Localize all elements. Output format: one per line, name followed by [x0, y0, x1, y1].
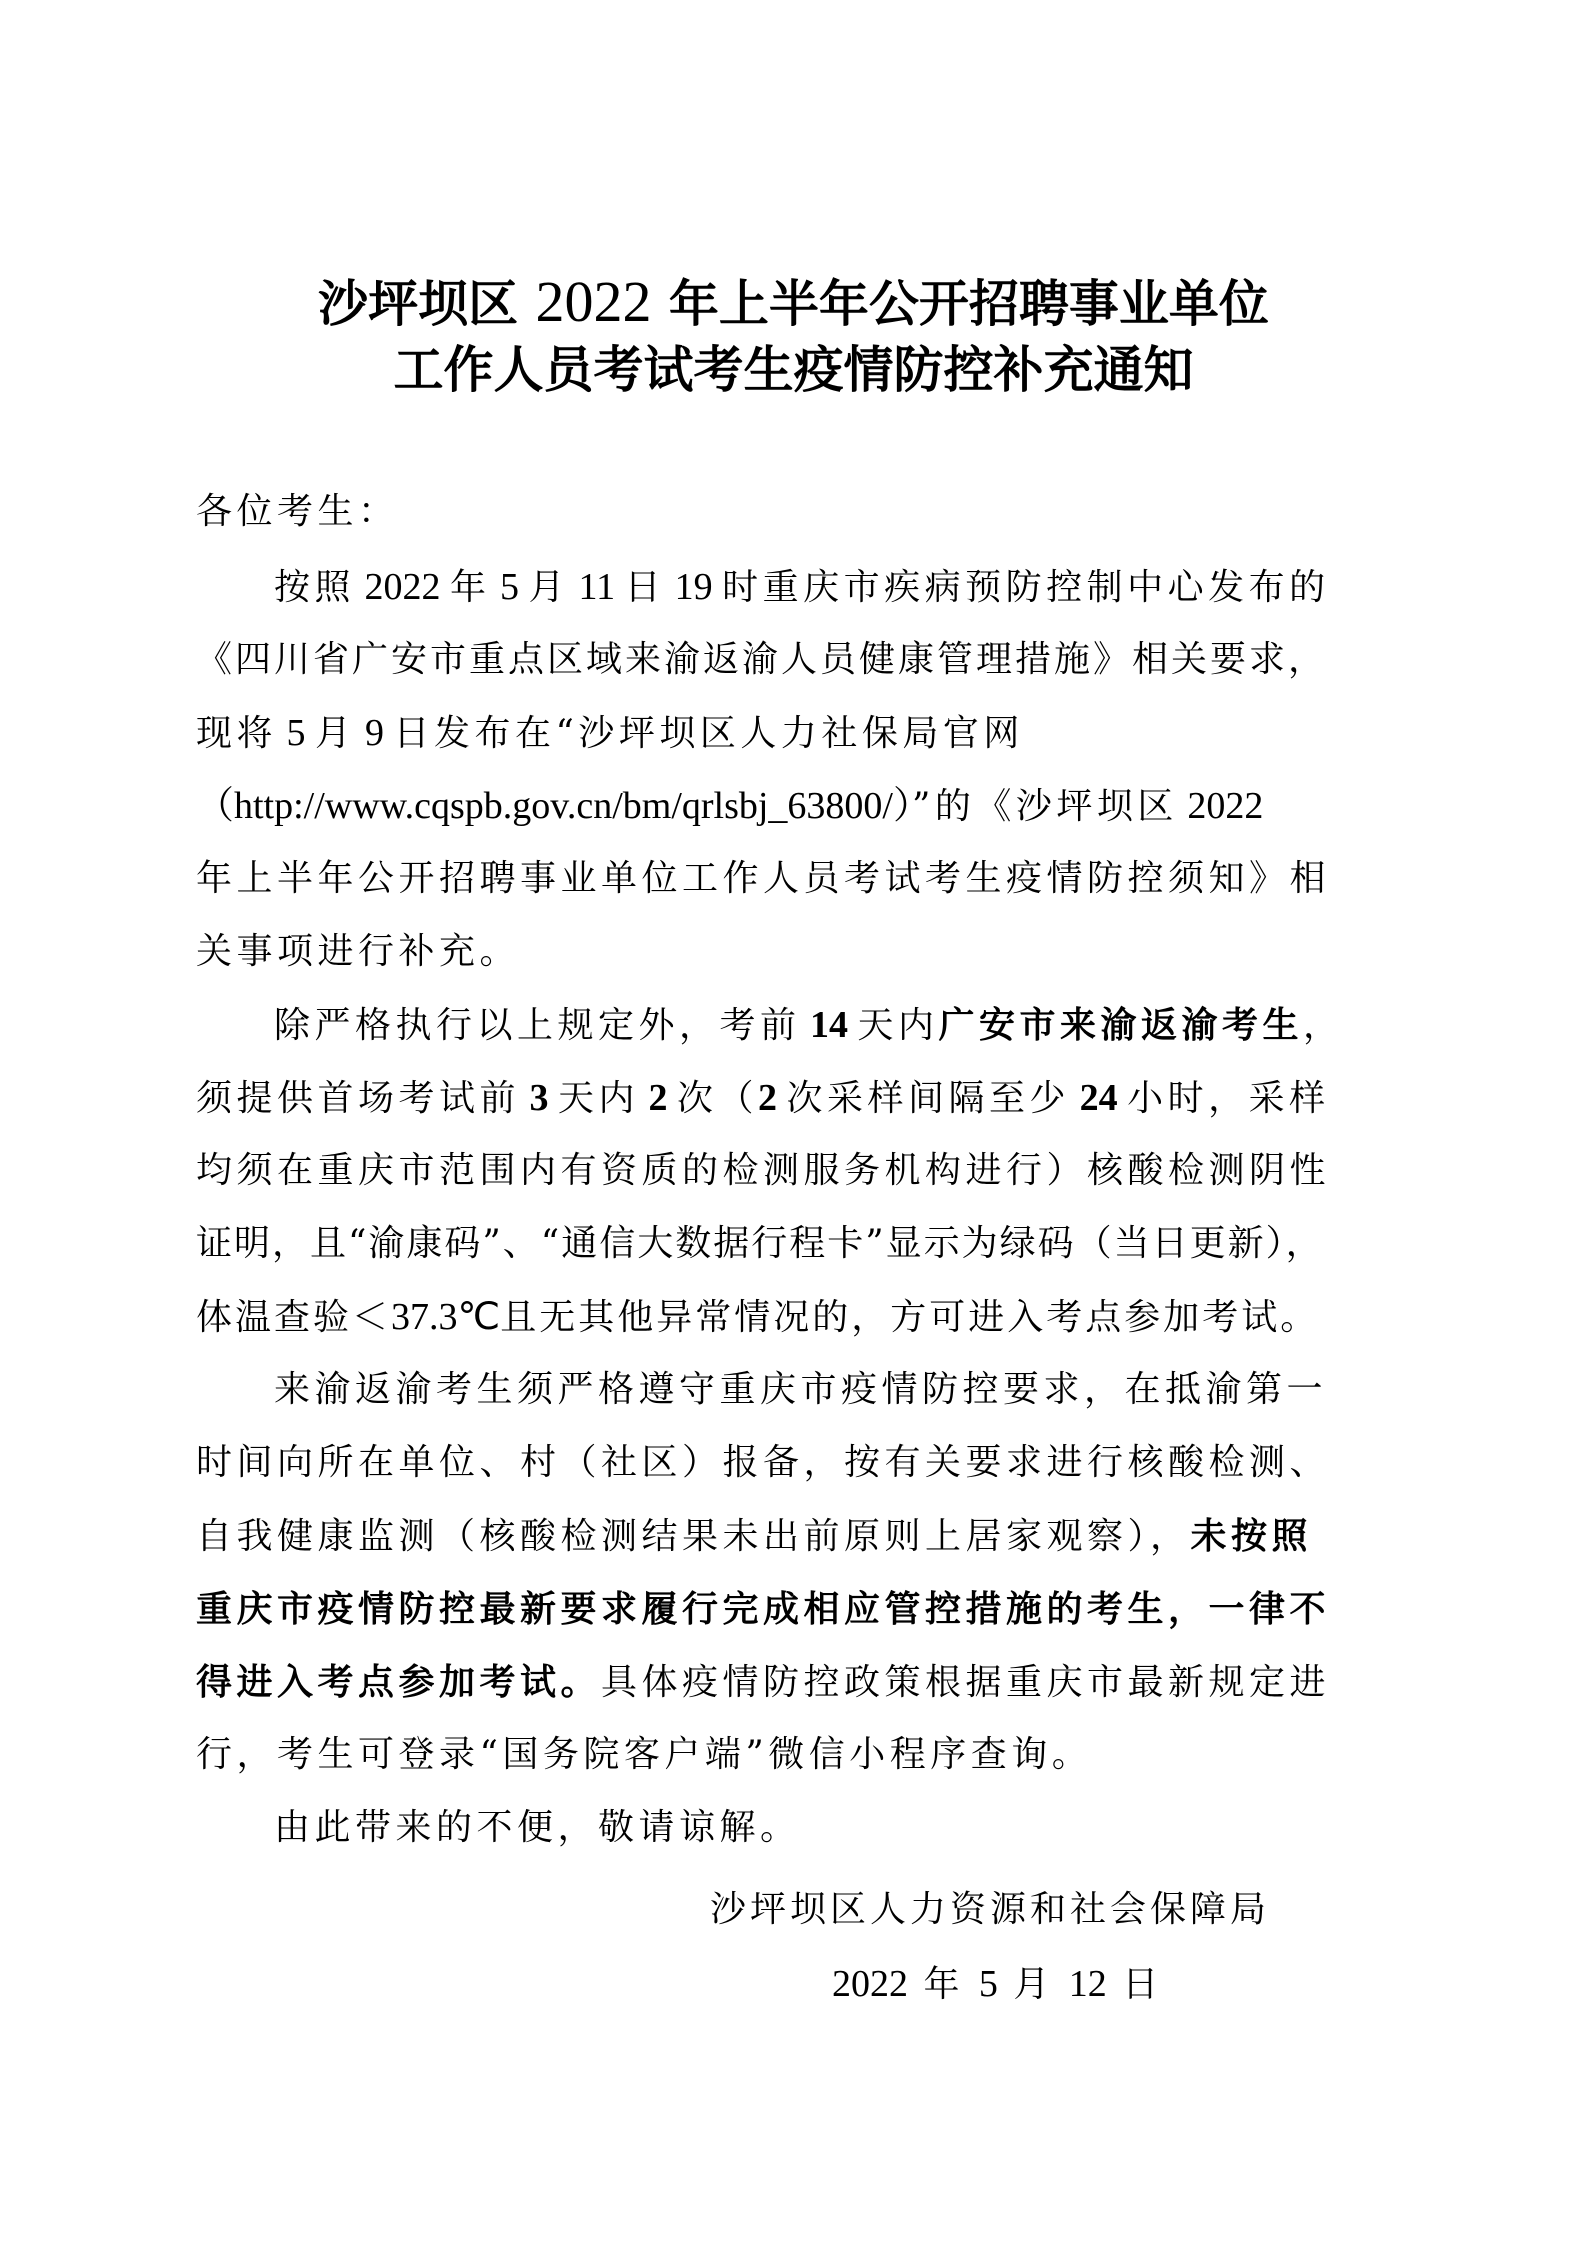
- document-page: 沙坪坝区 2022 年上半年公开招聘事业单位 工作人员考试考生疫情防控补充通知 …: [0, 0, 1587, 2245]
- para1-line-6: 关事项进行补充。: [196, 930, 1396, 974]
- document-title-line-1: 沙坪坝区 2022 年上半年公开招聘事业单位: [0, 272, 1587, 334]
- para3-line-4: 重庆市疫情防控最新要求履行完成相应管控措施的考生，一律不: [196, 1587, 1396, 1631]
- salutation: 各位考生：: [196, 490, 1396, 534]
- para3-line-3: 自我健康监测（核酸检测结果未出前原则上居家观察），未按照: [196, 1514, 1396, 1559]
- para3-line-5: 得进入考点参加考试。具体疫情防控政策根据重庆市最新规定进: [196, 1660, 1396, 1705]
- signature-organization: 沙坪坝区人力资源和社会保障局: [710, 1888, 1270, 1932]
- para1-line-5: 年上半年公开招聘事业单位工作人员考试考生疫情防控须知》相: [196, 857, 1396, 901]
- para1-line-1: 按照 2022 年 5 月 11 日 19 时重庆市疾病预防控制中心发布的: [274, 565, 1474, 610]
- signature-date: 2022 年 5 月 12 日: [832, 1962, 1162, 2007]
- para2-line-1: 除严格执行以上规定外，考前 14 天内广安市来渝返渝考生，: [274, 1003, 1474, 1048]
- para1-line-4: （http://www.cqspb.gov.cn/bm/qrlsbj_63800…: [196, 784, 1396, 829]
- para3-line-1: 来渝返渝考生须严格遵守重庆市疫情防控要求，在抵渝第一: [274, 1368, 1474, 1412]
- source-url: （http://www.cqspb.gov.cn/bm/qrlsbj_63800…: [196, 785, 912, 827]
- para2-line-5: 体温查验＜37.3℃且无其他异常情况的，方可进入考点参加考试。: [196, 1295, 1396, 1340]
- para3-line-2: 时间向所在单位、村（社区）报备，按有关要求进行核酸检测、: [196, 1441, 1396, 1485]
- para3-line-6: 行，考生可登录“国务院客户端”微信小程序查询。: [196, 1733, 1396, 1777]
- para2-line-3: 均须在重庆市范围内有资质的检测服务机构进行）核酸检测阴性: [196, 1149, 1396, 1193]
- para1-line-2: 《四川省广安市重点区域来渝返渝人员健康管理措施》相关要求，: [196, 638, 1396, 682]
- para2-line-4: 证明，且“渝康码”、“通信大数据行程卡”显示为绿码（当日更新），: [196, 1222, 1396, 1266]
- para2-line-2: 须提供首场考试前 3 天内 2 次（2 次采样间隔至少 24 小时，采样: [196, 1076, 1396, 1121]
- closing-remark: 由此带来的不便，敬请谅解。: [274, 1806, 1474, 1850]
- para1-line-3: 现将 5 月 9 日发布在“沙坪坝区人力社保局官网: [196, 711, 1396, 756]
- document-title-line-2: 工作人员考试考生疫情防控补充通知: [0, 340, 1587, 400]
- emphasis-text: 广安市来渝返渝考生: [939, 1004, 1304, 1046]
